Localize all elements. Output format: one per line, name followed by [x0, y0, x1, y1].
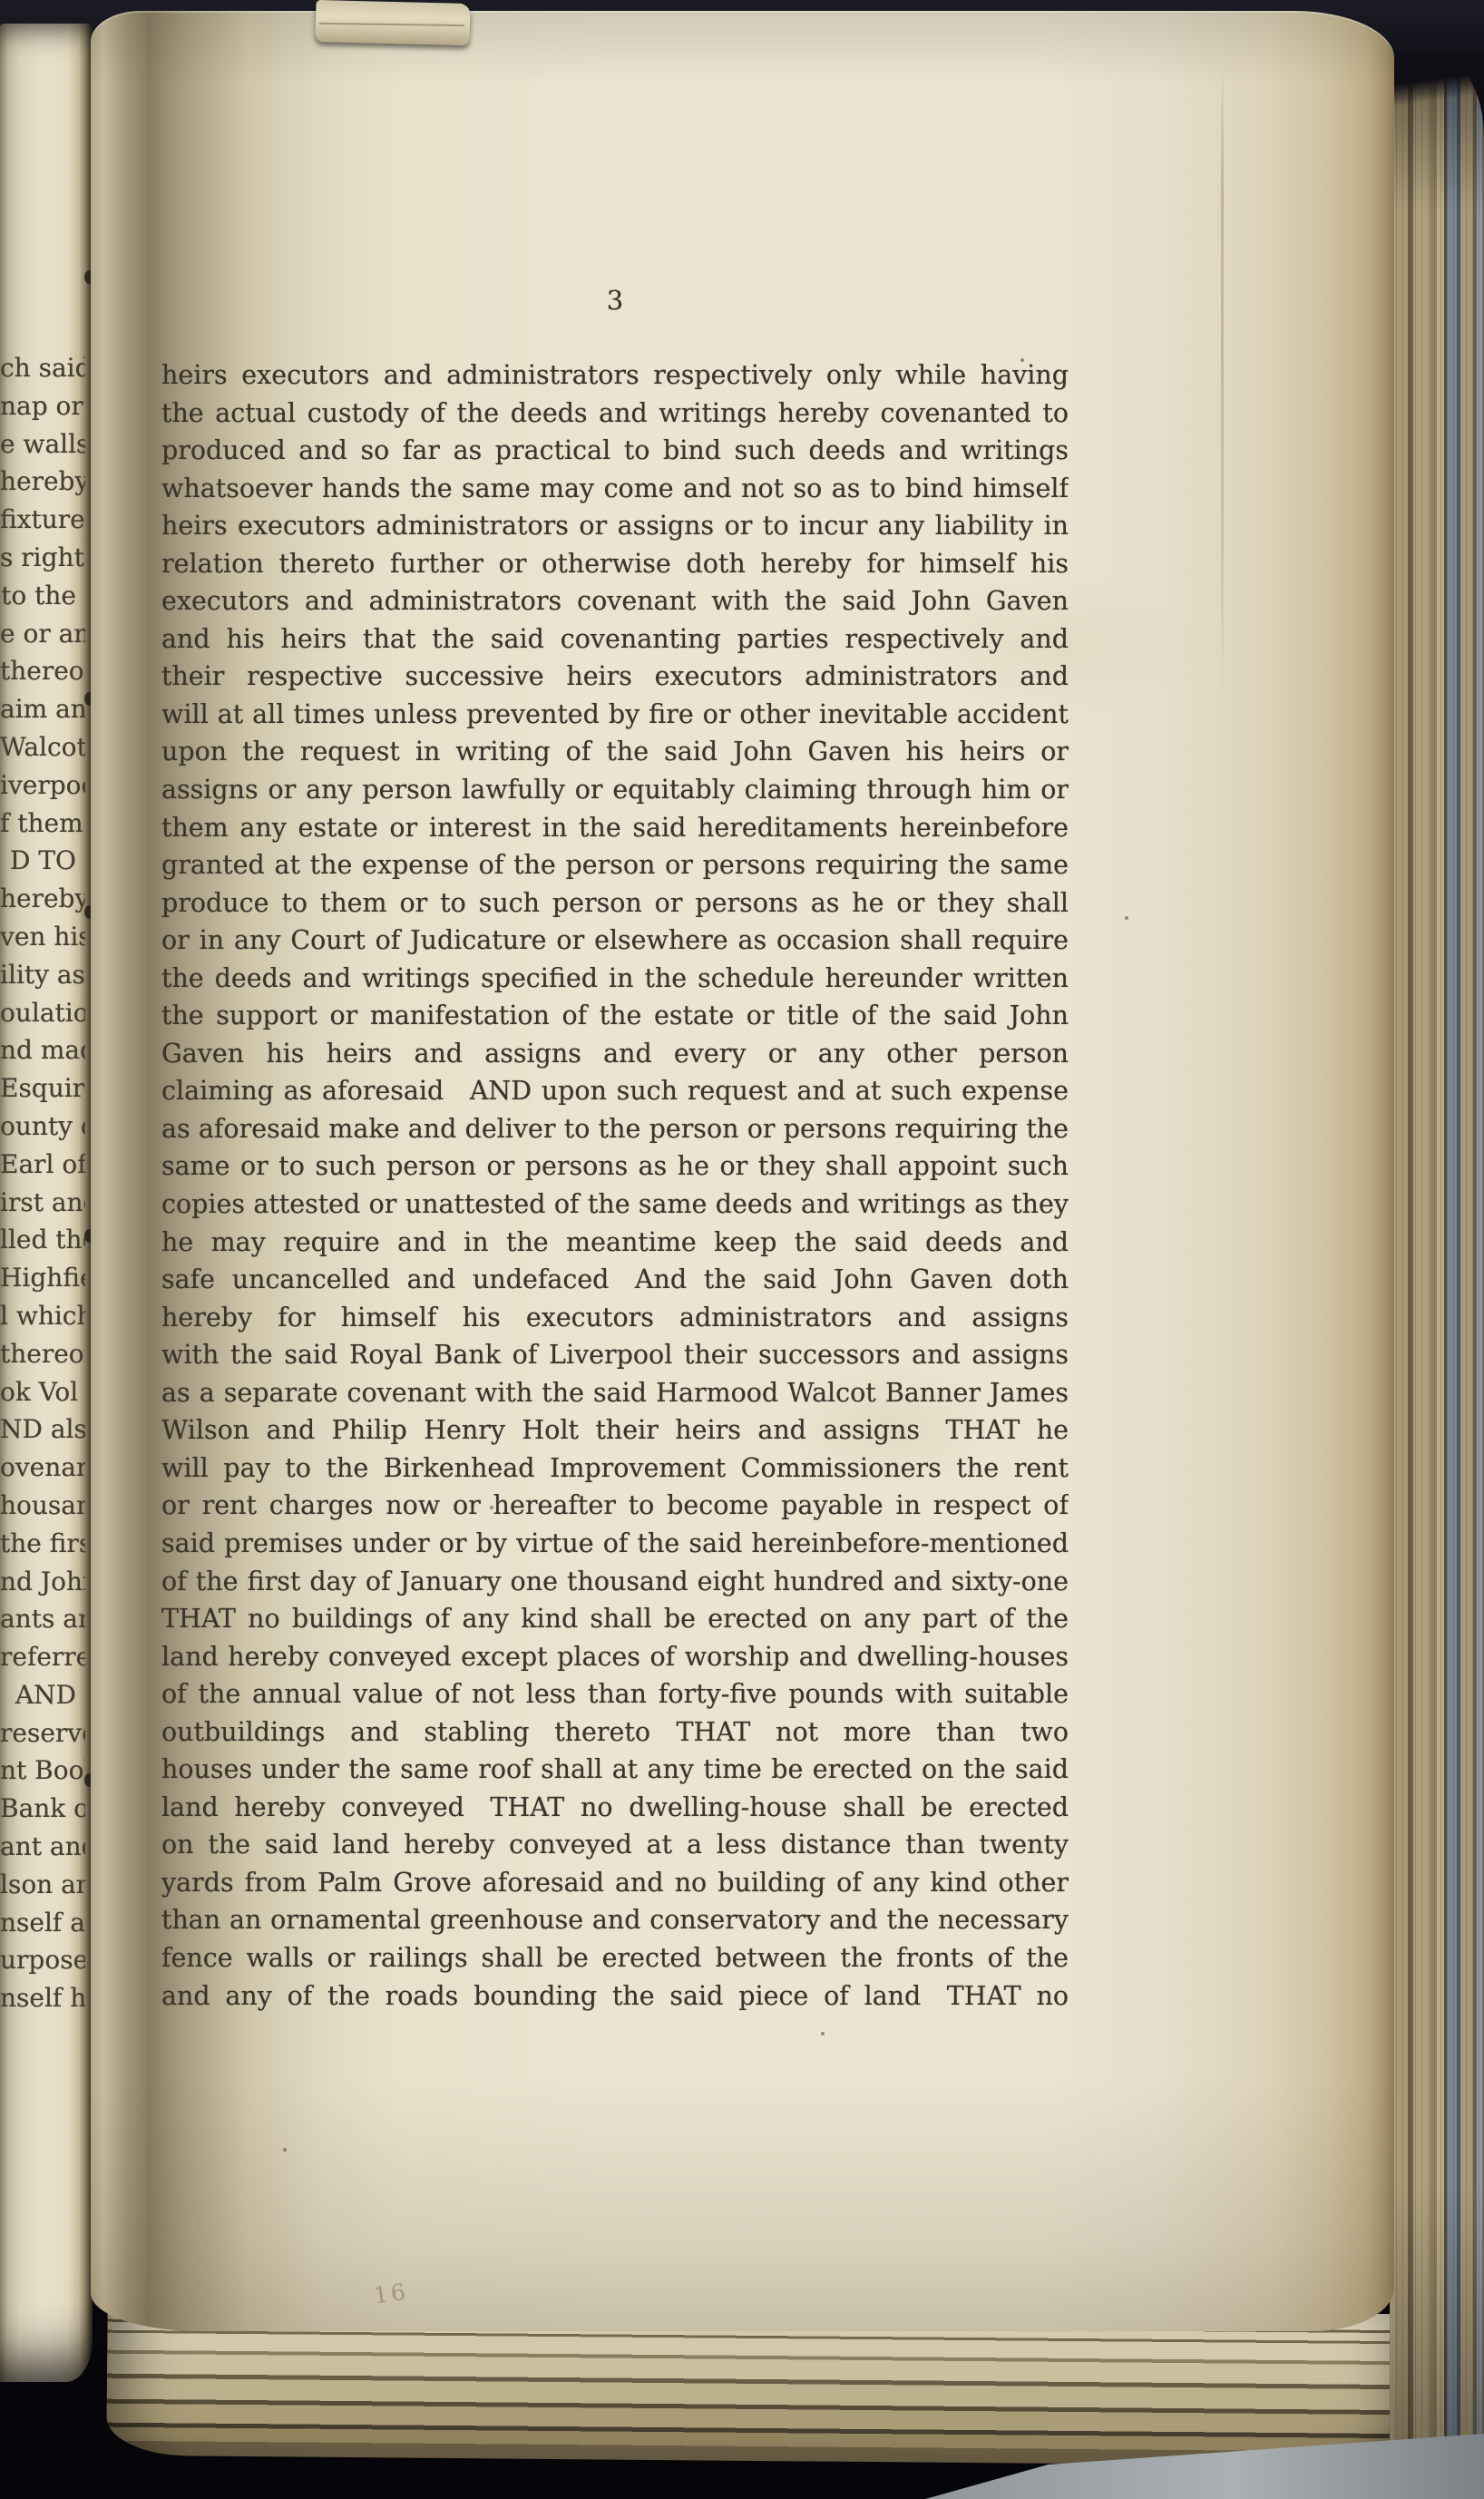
- text-line: Wilson and Philip Henry Holt their heirs…: [161, 1411, 1069, 1450]
- text-line: the deeds and writings specified in the …: [161, 960, 1069, 998]
- facing-page-text-fragment: referred: [0, 1638, 85, 1676]
- facing-page-text-fragment: irst and: [0, 1184, 85, 1222]
- facing-page-text-fragment: urpose of: [0, 1941, 85, 1979]
- facing-page-edge: ch saidnap ore wallsherebyfixturess righ…: [0, 24, 93, 2382]
- facing-page-text-fragment: AND: [0, 1676, 85, 1714]
- facing-page-text-fragment: e walls: [0, 425, 85, 464]
- facing-page-text-fragment: thereof: [0, 1335, 85, 1373]
- text-line: heirs executors administrators or assign…: [161, 507, 1069, 545]
- page-number: 3: [161, 281, 1069, 319]
- facing-page-text-fragment: the first: [0, 1525, 85, 1563]
- text-line: he may require and in the meantime keep …: [161, 1224, 1069, 1262]
- facing-page-text-fragment: nap or: [0, 387, 85, 425]
- facing-page-text-fragment: e or any: [0, 615, 85, 653]
- text-line: said premises under or by virtue of the …: [161, 1525, 1069, 1563]
- text-line: whatsoever hands the same may come and n…: [161, 470, 1069, 508]
- text-line: the actual custody of the deeds and writ…: [161, 395, 1069, 433]
- facing-page-text-fragment: Esquire: [0, 1069, 85, 1108]
- text-line: or in any Court of Judicature or elsewhe…: [161, 922, 1069, 960]
- facing-page-text-fragment: nd made: [0, 1031, 85, 1069]
- deed-text-block: heirs executors and administrators respe…: [161, 356, 1069, 2015]
- facing-page-text-fragment: l which: [0, 1297, 85, 1335]
- facing-page-text-fragment: ants are: [0, 1600, 85, 1638]
- facing-page-text-fragment: ven his: [0, 918, 85, 956]
- text-line: than an ornamental greenhouse and conser…: [161, 1901, 1069, 1939]
- facing-page-text-column: ch saidnap ore wallsherebyfixturess righ…: [0, 349, 85, 2017]
- text-line: the support or manifestation of the esta…: [161, 997, 1069, 1035]
- fox-speck: [1020, 358, 1024, 362]
- facing-page-text-fragment: nt Book: [0, 1752, 85, 1790]
- text-line: heirs executors and administrators respe…: [161, 356, 1069, 395]
- paper-tab: [315, 0, 470, 45]
- right-page-edges: [1390, 51, 1484, 2476]
- text-line: and any of the roads bounding the said p…: [161, 1977, 1069, 2016]
- facing-page-text-fragment: hereby: [0, 463, 85, 501]
- facing-page-text-fragment: ND also: [0, 1411, 85, 1449]
- text-line: claiming as aforesaid AND upon such requ…: [161, 1072, 1069, 1110]
- text-line: fence walls or railings shall be erected…: [161, 1939, 1069, 1977]
- facing-page-text-fragment: s rights: [0, 539, 85, 577]
- facing-page-text-fragment: Earl of: [0, 1146, 85, 1184]
- text-line: with the said Royal Bank of Liverpool th…: [161, 1336, 1069, 1374]
- text-line: copies attested or unattested of the sam…: [161, 1186, 1069, 1224]
- facing-page-text-fragment: lson and: [0, 1866, 85, 1904]
- text-line: of the first day of January one thousand…: [161, 1563, 1069, 1601]
- text-line: and his heirs that the said covenanting …: [161, 620, 1069, 659]
- fox-speck: [821, 2032, 825, 2035]
- pencil-mark: 16: [372, 2279, 409, 2309]
- text-line: will pay to the Birkenhead Improvement C…: [161, 1450, 1069, 1488]
- book-page: 3 heirs executors and administrators res…: [91, 11, 1394, 2331]
- text-line: houses under the same roof shall at any …: [161, 1751, 1069, 1789]
- facing-page-text-fragment: Walcot: [0, 728, 85, 766]
- facing-page-text-fragment: ch said: [0, 349, 85, 387]
- facing-page-text-fragment: f them: [0, 805, 85, 843]
- facing-page-text-fragment: nd John: [0, 1563, 85, 1601]
- text-line: their respective successive heirs execut…: [161, 658, 1069, 696]
- facing-page-text-fragment: ovenants: [0, 1449, 85, 1487]
- text-line: of the annual value of not less than for…: [161, 1675, 1069, 1713]
- facing-page-text-fragment: nself and: [0, 1904, 85, 1942]
- facing-page-text-fragment: Highfield: [0, 1259, 85, 1297]
- facing-page-text-fragment: to the: [0, 577, 85, 615]
- text-line: granted at the expense of the person or …: [161, 846, 1069, 884]
- facing-page-text-fragment: ility as: [0, 956, 85, 994]
- facing-page-text-fragment: oulations: [0, 994, 85, 1032]
- text-line: safe uncancelled and undefaced And the s…: [161, 1261, 1069, 1299]
- text-line: hereby for himself his executors adminis…: [161, 1299, 1069, 1337]
- facing-page-text-fragment: lled the: [0, 1221, 85, 1259]
- text-line: yards from Palm Grove aforesaid and no b…: [161, 1864, 1069, 1902]
- facing-page-text-fragment: thereof: [0, 652, 85, 690]
- text-line: upon the request in writing of the said …: [161, 733, 1069, 771]
- text-line: them any estate or interest in the said …: [161, 809, 1069, 847]
- text-line: produce to them or to such person or per…: [161, 884, 1069, 922]
- facing-page-text-fragment: Bank of: [0, 1790, 85, 1828]
- facing-page-text-fragment: fixtures: [0, 501, 85, 539]
- text-line: as aforesaid make and deliver to the per…: [161, 1110, 1069, 1148]
- facing-page-text-fragment: reserved: [0, 1714, 85, 1752]
- text-line: executors and administrators covenant wi…: [161, 582, 1069, 620]
- text-line: THAT no buildings of any kind shall be e…: [161, 1600, 1069, 1638]
- text-line: assigns or any person lawfully or equita…: [161, 771, 1069, 809]
- book-photograph: ch saidnap ore wallsherebyfixturess righ…: [0, 0, 1484, 2499]
- facing-page-text-fragment: hereby: [0, 880, 85, 918]
- text-line: as a separate covenant with the said Har…: [161, 1374, 1069, 1412]
- fox-speck: [490, 1506, 493, 1509]
- text-line: or rent charges now or hereafter to beco…: [161, 1487, 1069, 1525]
- facing-page-text-fragment: ok Vol 6: [0, 1373, 85, 1411]
- text-line: Gaven his heirs and assigns and every or…: [161, 1035, 1069, 1073]
- facing-page-text-fragment: ant and: [0, 1828, 85, 1866]
- fox-speck: [283, 2148, 287, 2152]
- facing-page-text-fragment: D TO: [0, 842, 85, 880]
- facing-page-text-fragment: housand: [0, 1487, 85, 1525]
- page-crease: [1221, 63, 1224, 698]
- text-line: on the said land hereby conveyed at a le…: [161, 1826, 1069, 1864]
- text-line: land hereby conveyed THAT no dwelling-ho…: [161, 1789, 1069, 1827]
- facing-page-text-fragment: nself his: [0, 1979, 85, 2017]
- text-line: relation thereto further or otherwise do…: [161, 545, 1069, 583]
- text-line: produced and so far as practical to bind…: [161, 432, 1069, 470]
- facing-page-text-fragment: ounty of: [0, 1108, 85, 1146]
- fox-speck: [1125, 916, 1128, 920]
- text-line: land hereby conveyed except places of wo…: [161, 1638, 1069, 1676]
- facing-page-text-fragment: aim and: [0, 690, 85, 728]
- text-line: outbuildings and stabling thereto THAT n…: [161, 1713, 1069, 1752]
- facing-page-text-fragment: iverpool: [0, 766, 85, 805]
- text-line: will at all times unless prevented by fi…: [161, 696, 1069, 734]
- text-line: same or to such person or persons as he …: [161, 1147, 1069, 1186]
